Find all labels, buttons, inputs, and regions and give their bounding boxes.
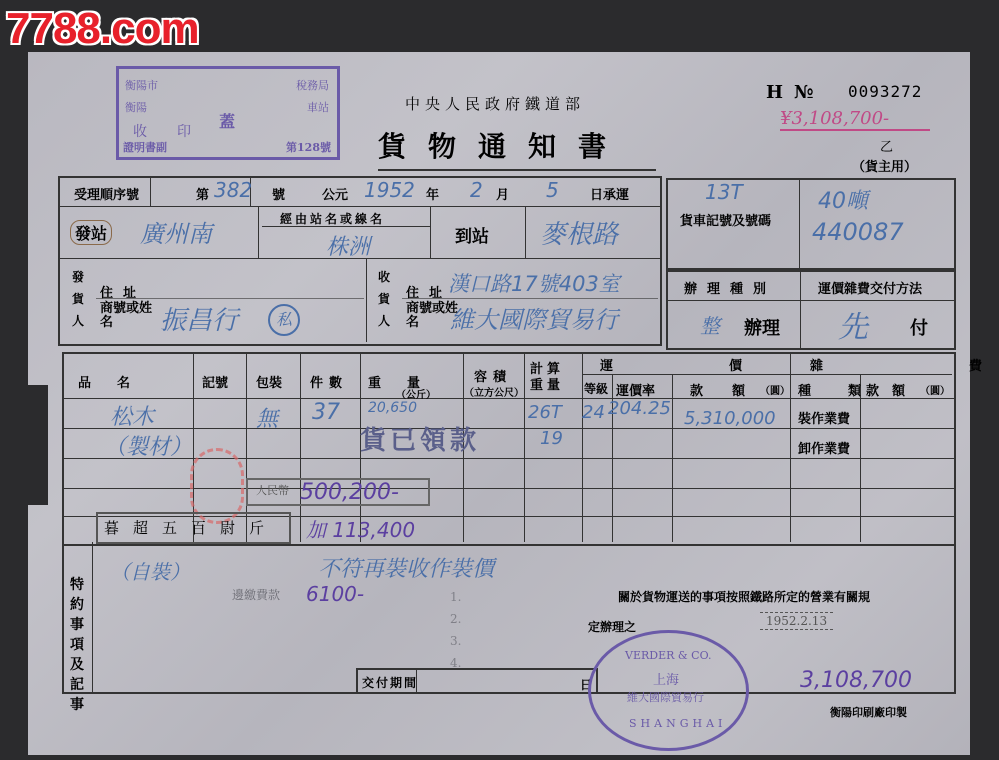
col-amount: 款 額: [690, 380, 753, 399]
shipper-label: 發貨人: [72, 266, 86, 332]
consignee-label: 收貨人: [378, 266, 392, 332]
month-value: 2: [470, 178, 483, 202]
weight-note: 19: [540, 428, 563, 449]
company-seal: VERDER & CO. 上海 維大國際貿易行 SHANGHAI: [588, 630, 749, 751]
wagon-number-value: 440087: [812, 218, 904, 246]
serial-number: 0093272: [848, 82, 922, 101]
handling-type-label: 辦理種別: [684, 278, 776, 297]
serial-no-label: №: [794, 82, 814, 103]
via-label: 經由站名或線名: [280, 210, 385, 227]
origin-station-label: 發站: [70, 220, 112, 245]
serial-prefix: H: [766, 82, 783, 103]
month-label: 月: [496, 184, 509, 203]
freight-grade: 24: [582, 402, 605, 423]
regulation-text: 關於貨物運送的事項按照鐵路所定的營業有關規: [618, 588, 870, 605]
stamp-text: 衡陽市: [125, 77, 158, 93]
copy-for: （貨主用）: [852, 156, 917, 175]
dest-station-value: 麥根路: [540, 214, 618, 251]
tax-stamp: 衡陽市 稅務局 衡陽 車站 收 印 蓋 證明書副 第128號: [116, 66, 340, 160]
goods-weight: 20,650: [368, 400, 417, 416]
handwritten-total: ¥3,108,700-: [780, 108, 930, 131]
issuer-name: 中央人民政府鐵道部: [405, 93, 585, 114]
consignee-address-value: 漢口路17號403室: [448, 268, 620, 298]
wagon-tonnage-value: 40噸: [818, 184, 868, 215]
stamp-text: 第128號: [286, 139, 331, 155]
handling-type-value: 整: [700, 310, 720, 339]
self-loading-note: （自裝）: [110, 556, 190, 585]
wagon-type-value: 13T: [705, 180, 743, 204]
consignee-name-value: 維大國際貿易行: [450, 300, 618, 335]
regulation-text-2: 定辦理之: [588, 618, 636, 635]
goods-name: 松木: [110, 400, 154, 431]
col-rate: 運價率: [616, 380, 655, 399]
year-value: 1952: [364, 178, 415, 202]
col-packing: 包裝: [256, 372, 282, 391]
misc-loading-fee: 裝作業費: [798, 408, 850, 427]
handling-type-suffix: 辦理: [744, 314, 780, 340]
col-count: 件數: [310, 372, 348, 391]
col-weight-unit: （公斤）: [396, 386, 436, 401]
seal-company-name: 維大國際貿易行: [627, 689, 704, 705]
paid-stamp: 貨已領款: [360, 420, 480, 457]
calc-weight: 26T: [528, 402, 562, 423]
fee-stamp-label: 邊繳費款: [232, 586, 280, 603]
fee-value: 6100-: [306, 582, 364, 606]
stamp-text: 車站: [307, 99, 329, 115]
origin-station-value: 廣州南: [140, 214, 212, 249]
signature-amount: 3,108,700: [800, 668, 912, 693]
copy-type: 乙: [880, 136, 893, 155]
stamp-text: 收: [133, 121, 147, 141]
col-mark: 記號: [202, 372, 228, 391]
stamp-text: 衡陽: [125, 99, 147, 115]
dest-station-label: 到站: [455, 222, 489, 247]
col-misc-amount-unit: （圓）: [920, 382, 950, 397]
misc-unloading-fee: 卸作業費: [798, 438, 850, 457]
wagon-label: 貨車記號及號碼: [680, 210, 771, 229]
list-item-1: 1.: [450, 590, 461, 604]
seal-city: 上海: [653, 669, 679, 688]
list-item-3: 3.: [450, 634, 461, 648]
col-volume-unit: （立方公尺）: [464, 384, 524, 399]
stamp-text: 印: [177, 121, 191, 141]
seq-value: 382: [214, 178, 252, 202]
via-value: 株洲: [326, 230, 370, 261]
shipper-private-mark: 私: [268, 304, 300, 336]
stamp-text: 證明書副: [123, 139, 167, 155]
col-misc-type: 種 類: [798, 380, 873, 399]
hao-label: 號: [272, 184, 285, 203]
day-label: 日承運: [590, 184, 629, 203]
handwritten-remark: 不符再裝收作裝價: [318, 552, 494, 583]
goods-count: 37: [312, 400, 340, 425]
shipper-name-label: 商號或姓名: [100, 302, 156, 330]
col-volume: 容積: [474, 366, 512, 385]
col-grade: 等級: [584, 380, 608, 397]
stamp-text: 稅務局: [296, 77, 329, 93]
di-label: 第: [196, 184, 209, 203]
seal-city-en: SHANGHAI: [629, 717, 726, 730]
list-item-2: 2.: [450, 612, 461, 626]
col-freight: 運 價: [600, 355, 772, 374]
goods-name-sub: （製材）: [104, 430, 192, 461]
col-misc-amount: 款 額: [866, 380, 905, 399]
payment-method-label: 運價雜費交付方法: [818, 278, 922, 297]
payment-method-suffix: 付: [910, 314, 928, 340]
torn-edge: [28, 385, 48, 505]
special-terms-label: 特約事項及記事: [70, 575, 86, 715]
seq-label: 受理順序號: [74, 184, 139, 203]
col-amount-unit: （圓）: [760, 382, 790, 397]
printer-credit: 衡陽印刷廠印製: [830, 704, 907, 720]
era-label: 公元: [322, 184, 348, 203]
goods-packing: 無: [256, 402, 278, 433]
watermark: 7788.com: [6, 4, 199, 54]
stamp-text: 蓋: [219, 109, 235, 132]
overweight-stamp: 暮超五百尉斤: [96, 512, 291, 544]
day-value: 5: [546, 178, 559, 202]
purple-amount-2: 加 113,400: [306, 514, 415, 543]
date-stamp: 1952.2.13: [760, 612, 833, 630]
payment-method-value: 先: [838, 302, 868, 346]
shipper-name-value: 振昌行: [160, 300, 238, 337]
freight-amount: 5,310,000: [684, 408, 776, 429]
col-calc-weight: 計算重量: [530, 362, 574, 394]
col-name: 品 名: [78, 372, 178, 391]
currency-stamp: 人民幣: [256, 482, 289, 498]
purple-amount-1: 500,200-: [300, 480, 399, 505]
delivery-period-label: 交付期間: [362, 674, 418, 691]
year-label: 年: [426, 184, 439, 203]
document-title: 貨物通知書: [378, 125, 656, 171]
col-misc: 雜 費: [810, 355, 999, 374]
freight-rate: 204.25: [608, 398, 671, 419]
seal-text: VERDER & CO.: [625, 649, 711, 662]
